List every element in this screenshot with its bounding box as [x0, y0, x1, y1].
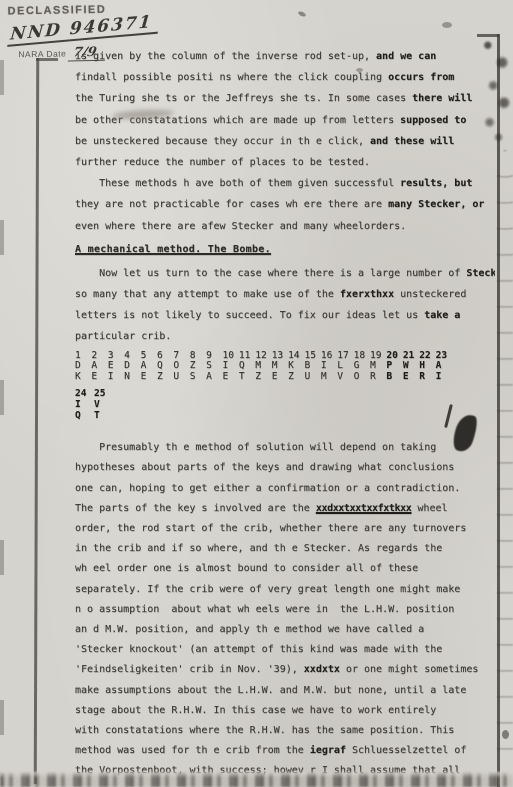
- text-line: make assumptions about the L.H.W. and M.…: [75, 681, 495, 701]
- crib-plain-letter: Z: [157, 372, 173, 383]
- crib-plain-letter: E: [91, 372, 107, 383]
- text-line: be unsteckered because they occur in th …: [75, 131, 495, 152]
- crib-column: 8ZS: [190, 351, 206, 383]
- crib-column: 12MZ: [255, 351, 271, 383]
- text-line: they are not practicable for cases wh er…: [75, 194, 495, 215]
- crib-plain-letter: S: [190, 372, 206, 383]
- crib-column: 5AE: [141, 351, 157, 383]
- text-line: 'Stecker knockout' (an attempt of this k…: [75, 640, 495, 660]
- crib-column: 24IQ: [75, 389, 94, 421]
- text-line: is given by the column of the inverse ro…: [75, 46, 495, 67]
- text-line: particular crib.: [75, 326, 495, 347]
- crib-column: 14KZ: [288, 351, 304, 383]
- crib-column: 22HR: [419, 351, 435, 383]
- crib-plain-letter: E: [141, 372, 157, 383]
- right-edge-speckles: [497, 150, 513, 770]
- crib-plain-letter: U: [304, 372, 320, 383]
- scanned-document-page: DECLASSIFIED NND 946371 NARA Date 7/9 is…: [0, 0, 513, 787]
- text-line: 'Feindseligkeiten' crib in Nov. '39), xx…: [75, 660, 495, 680]
- paper-speck: [502, 730, 509, 739]
- text-line: wh eel order one is almost bound to cons…: [75, 559, 495, 579]
- text-line: hypotheses about parts of the keys and d…: [75, 458, 495, 478]
- crib-column: 21WE: [403, 351, 419, 383]
- text-line: in the crib and if so where, and th e St…: [75, 539, 495, 559]
- text-line: separately. If the crib were of very gre…: [75, 580, 495, 600]
- text-line: even where there are afew Stecker and ma…: [75, 216, 495, 237]
- paragraph-method-of-solution: Presumably th e method of solution will …: [75, 438, 495, 781]
- text-line: an d M.W. position, and apply th e metho…: [75, 620, 495, 640]
- right-edge-corner-tick: [477, 34, 499, 37]
- document-body: is given by the column of the inverse ro…: [75, 46, 495, 782]
- crib-column: 9SA: [206, 351, 222, 383]
- text-line: These methods h ave both of them given s…: [75, 173, 495, 194]
- left-edge-scan-marks: [0, 0, 4, 787]
- crib-plain-letter: E: [272, 372, 288, 383]
- section-heading: A mechanical method. The Bombe.: [75, 244, 495, 255]
- text-line: be other constatations which are made up…: [75, 110, 495, 131]
- text-line: Presumably th e method of solution will …: [75, 438, 495, 458]
- crib-columns-24-25: 24IQ25VT: [75, 389, 495, 421]
- crib-plain-letter: R: [370, 372, 386, 383]
- crib-plain-letter: Z: [255, 372, 271, 383]
- crib-plain-letter: I: [436, 372, 452, 383]
- crib-column: 18GO: [354, 351, 370, 383]
- paragraph-stecker-intro: Now let us turn to the case where there …: [75, 263, 495, 348]
- text-line: the Turing she ts or the Jeffreys she ts…: [75, 88, 495, 109]
- crib-column: 15BU: [304, 351, 320, 383]
- crib-column: 6QZ: [157, 351, 173, 383]
- paragraph-rod-setup: is given by the column of the inverse ro…: [75, 46, 495, 237]
- text-line: further reduce the number of places to b…: [75, 152, 495, 173]
- paper-speck: [298, 10, 307, 17]
- text-line: findall possible positi ns where the cli…: [75, 67, 495, 88]
- crib-plain-letter: I: [108, 372, 124, 383]
- nara-date-label: NARA Date: [18, 48, 66, 59]
- crib-plain-letter: Q: [75, 411, 94, 422]
- text-line: letters is not likely to succeed. To fix…: [75, 305, 495, 326]
- crib-plain-letter: B: [386, 372, 402, 383]
- crib-plain-letter: M: [321, 372, 337, 383]
- crib-plain-letter: K: [75, 372, 91, 383]
- crib-column: 20PB: [386, 351, 402, 383]
- crib-plain-letter: N: [124, 372, 140, 383]
- text-line: so many that any attempt to make use of …: [75, 284, 495, 305]
- text-line: one can, hoping to get either a confirma…: [75, 479, 495, 499]
- crib-plain-letter: E: [403, 372, 419, 383]
- crib-column: 17LV: [337, 351, 353, 383]
- crib-plain-letter: V: [337, 372, 353, 383]
- text-line: method was used for th e crib from the i…: [75, 741, 495, 761]
- crib-plain-letter: Z: [288, 372, 304, 383]
- crib-plain-letter: O: [354, 372, 370, 383]
- right-page-edge-line: [497, 34, 500, 787]
- crib-column: 25VT: [94, 389, 113, 421]
- crib-column: 11QT: [239, 351, 255, 383]
- crib-column: 2AE: [91, 351, 107, 383]
- crib-plain-letter: T: [239, 372, 255, 383]
- text-line: stage about the R.H.W. In this case we h…: [75, 701, 495, 721]
- crib-plain-letter: A: [206, 372, 222, 383]
- crib-column: 3EI: [108, 351, 124, 383]
- crib-plain-letter: R: [419, 372, 435, 383]
- crib-table: 1DK2AE3EI4DN5AE6QZ7OU8ZS9SA10IE11QT12MZ1…: [75, 351, 495, 422]
- crib-column: 19MR: [370, 351, 386, 383]
- text-line: with constatations where the R.H.W. has …: [75, 721, 495, 741]
- crib-column: 13ME: [272, 351, 288, 383]
- text-line: the Vorpostenboot, with success; howev r…: [75, 761, 495, 781]
- crib-column: 23AI: [436, 351, 452, 383]
- paper-speck: [442, 22, 452, 28]
- left-page-edge-line: [34, 58, 39, 784]
- crib-plain-letter: U: [173, 372, 189, 383]
- crib-plain-letter: E: [223, 372, 239, 383]
- crib-column: 16IM: [321, 351, 337, 383]
- crib-column: 4DN: [124, 351, 140, 383]
- text-line: n o assumption about what wh eels were i…: [75, 600, 495, 620]
- crib-column: 1DK: [75, 351, 91, 383]
- text-line: The parts of the key s involved are the …: [75, 499, 495, 519]
- text-line: Now let us turn to the case where there …: [75, 263, 495, 284]
- crib-plain-letter: T: [94, 411, 113, 422]
- crib-columns-1-23: 1DK2AE3EI4DN5AE6QZ7OU8ZS9SA10IE11QT12MZ1…: [75, 351, 495, 383]
- crib-column: 7OU: [173, 351, 189, 383]
- crib-column: 10IE: [223, 351, 239, 383]
- text-line: order, the rod start of the crib, whethe…: [75, 519, 495, 539]
